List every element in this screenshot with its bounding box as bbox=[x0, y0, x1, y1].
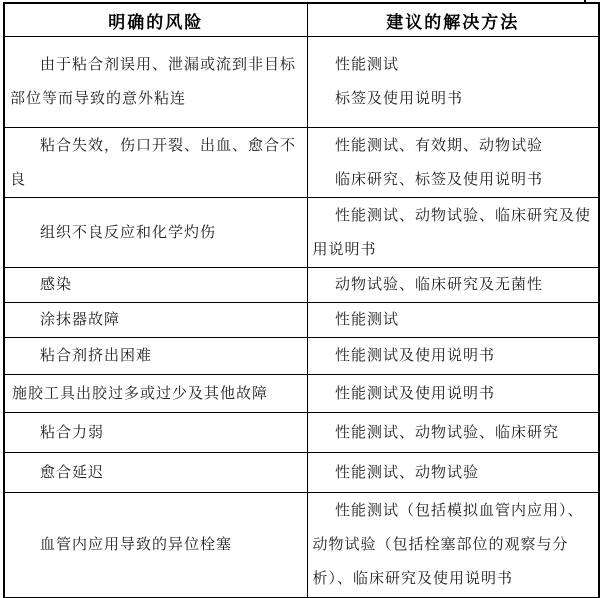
table-row: 血管内应用导致的异位栓塞性能测试（包括模拟血管内应用）、动物试验（包括栓塞部位的… bbox=[4, 493, 599, 598]
solution-item: 动物试验、临床研究及无菌性 bbox=[313, 268, 594, 302]
table-row: 涂抹器故障性能测试 bbox=[4, 303, 599, 338]
risk-cell: 粘合力弱 bbox=[4, 413, 307, 453]
solution-item: 临床研究、标签及使用说明书 bbox=[313, 163, 594, 197]
solution-item: 性能测试 bbox=[313, 303, 594, 337]
table-row: 组织不良反应和化学灼伤性能测试、动物试验、临床研究及使用说明书 bbox=[4, 198, 599, 268]
solution-item: 性能测试、动物试验、临床研究 bbox=[313, 416, 594, 450]
table-body: 由于粘合剂误用、泄漏或流到非目标部位等而导致的意外粘连性能测试标签及使用说明书粘… bbox=[4, 37, 599, 598]
solution-cell: 性能测试、动物试验 bbox=[307, 453, 599, 493]
risk-text: 组织不良反应和化学灼伤 bbox=[10, 216, 302, 250]
risk-text: 施胶工具出胶过多或过少及其他故障 bbox=[10, 377, 302, 411]
table-row: 粘合失效，伤口开裂、出血、愈合不良性能测试、有效期、动物试验临床研究、标签及使用… bbox=[4, 128, 599, 198]
solution-item: 性能测试、有效期、动物试验 bbox=[313, 129, 594, 163]
risk-text: 粘合剂挤出困难 bbox=[10, 339, 302, 373]
solution-cell: 性能测试标签及使用说明书 bbox=[307, 37, 599, 128]
risk-cell: 涂抹器故障 bbox=[4, 303, 307, 338]
risk-text: 涂抹器故障 bbox=[10, 303, 302, 337]
risk-text: 感染 bbox=[10, 268, 302, 302]
table-row: 施胶工具出胶过多或过少及其他故障性能测试及使用说明书 bbox=[4, 375, 599, 413]
solution-cell: 性能测试（包括模拟血管内应用）、动物试验（包括栓塞部位的观察与分析）、临床研究及… bbox=[307, 493, 599, 598]
table-row: 粘合剂挤出困难性能测试及使用说明书 bbox=[4, 338, 599, 375]
solution-item: 性能测试及使用说明书 bbox=[313, 339, 594, 373]
solution-cell: 性能测试、动物试验、临床研究及使用说明书 bbox=[307, 198, 599, 268]
table-row: 粘合力弱性能测试、动物试验、临床研究 bbox=[4, 413, 599, 453]
solution-item: 性能测试及使用说明书 bbox=[313, 377, 594, 411]
solution-item: 标签及使用说明书 bbox=[313, 82, 594, 116]
table-row: 感染动物试验、临床研究及无菌性 bbox=[4, 268, 599, 303]
solution-cell: 动物试验、临床研究及无菌性 bbox=[307, 268, 599, 303]
solution-item: 性能测试（包括模拟血管内应用）、动物试验（包括栓塞部位的观察与分析）、临床研究及… bbox=[313, 494, 594, 596]
risk-cell: 粘合剂挤出困难 bbox=[4, 338, 307, 375]
risk-text: 粘合失效，伤口开裂、出血、愈合不良 bbox=[10, 129, 302, 197]
header-row: 明确的风险 建议的解决方法 bbox=[4, 3, 599, 37]
risk-cell: 血管内应用导致的异位栓塞 bbox=[4, 493, 307, 598]
table-row: 由于粘合剂误用、泄漏或流到非目标部位等而导致的意外粘连性能测试标签及使用说明书 bbox=[4, 37, 599, 128]
risk-cell: 施胶工具出胶过多或过少及其他故障 bbox=[4, 375, 307, 413]
risk-column-header: 明确的风险 bbox=[4, 3, 307, 37]
solution-item: 性能测试、动物试验、临床研究及使用说明书 bbox=[313, 199, 594, 267]
risk-solution-table: 明确的风险 建议的解决方法 由于粘合剂误用、泄漏或流到非目标部位等而导致的意外粘… bbox=[3, 2, 600, 598]
table-row: 愈合延迟性能测试、动物试验 bbox=[4, 453, 599, 493]
risk-cell: 粘合失效，伤口开裂、出血、愈合不良 bbox=[4, 128, 307, 198]
risk-text: 愈合延迟 bbox=[10, 456, 302, 490]
solution-cell: 性能测试及使用说明书 bbox=[307, 338, 599, 375]
solution-cell: 性能测试、有效期、动物试验临床研究、标签及使用说明书 bbox=[307, 128, 599, 198]
solution-item: 性能测试 bbox=[313, 48, 594, 82]
solution-item: 性能测试、动物试验 bbox=[313, 456, 594, 490]
risk-cell: 感染 bbox=[4, 268, 307, 303]
risk-cell: 组织不良反应和化学灼伤 bbox=[4, 198, 307, 268]
solution-column-header: 建议的解决方法 bbox=[307, 3, 599, 37]
risk-text: 血管内应用导致的异位栓塞 bbox=[10, 528, 302, 562]
risk-cell: 愈合延迟 bbox=[4, 453, 307, 493]
solution-cell: 性能测试、动物试验、临床研究 bbox=[307, 413, 599, 453]
solution-cell: 性能测试及使用说明书 bbox=[307, 375, 599, 413]
solution-cell: 性能测试 bbox=[307, 303, 599, 338]
document-page: 明确的风险 建议的解决方法 由于粘合剂误用、泄漏或流到非目标部位等而导致的意外粘… bbox=[0, 0, 601, 598]
risk-text: 由于粘合剂误用、泄漏或流到非目标部位等而导致的意外粘连 bbox=[10, 48, 302, 116]
risk-cell: 由于粘合剂误用、泄漏或流到非目标部位等而导致的意外粘连 bbox=[4, 37, 307, 128]
risk-text: 粘合力弱 bbox=[10, 416, 302, 450]
